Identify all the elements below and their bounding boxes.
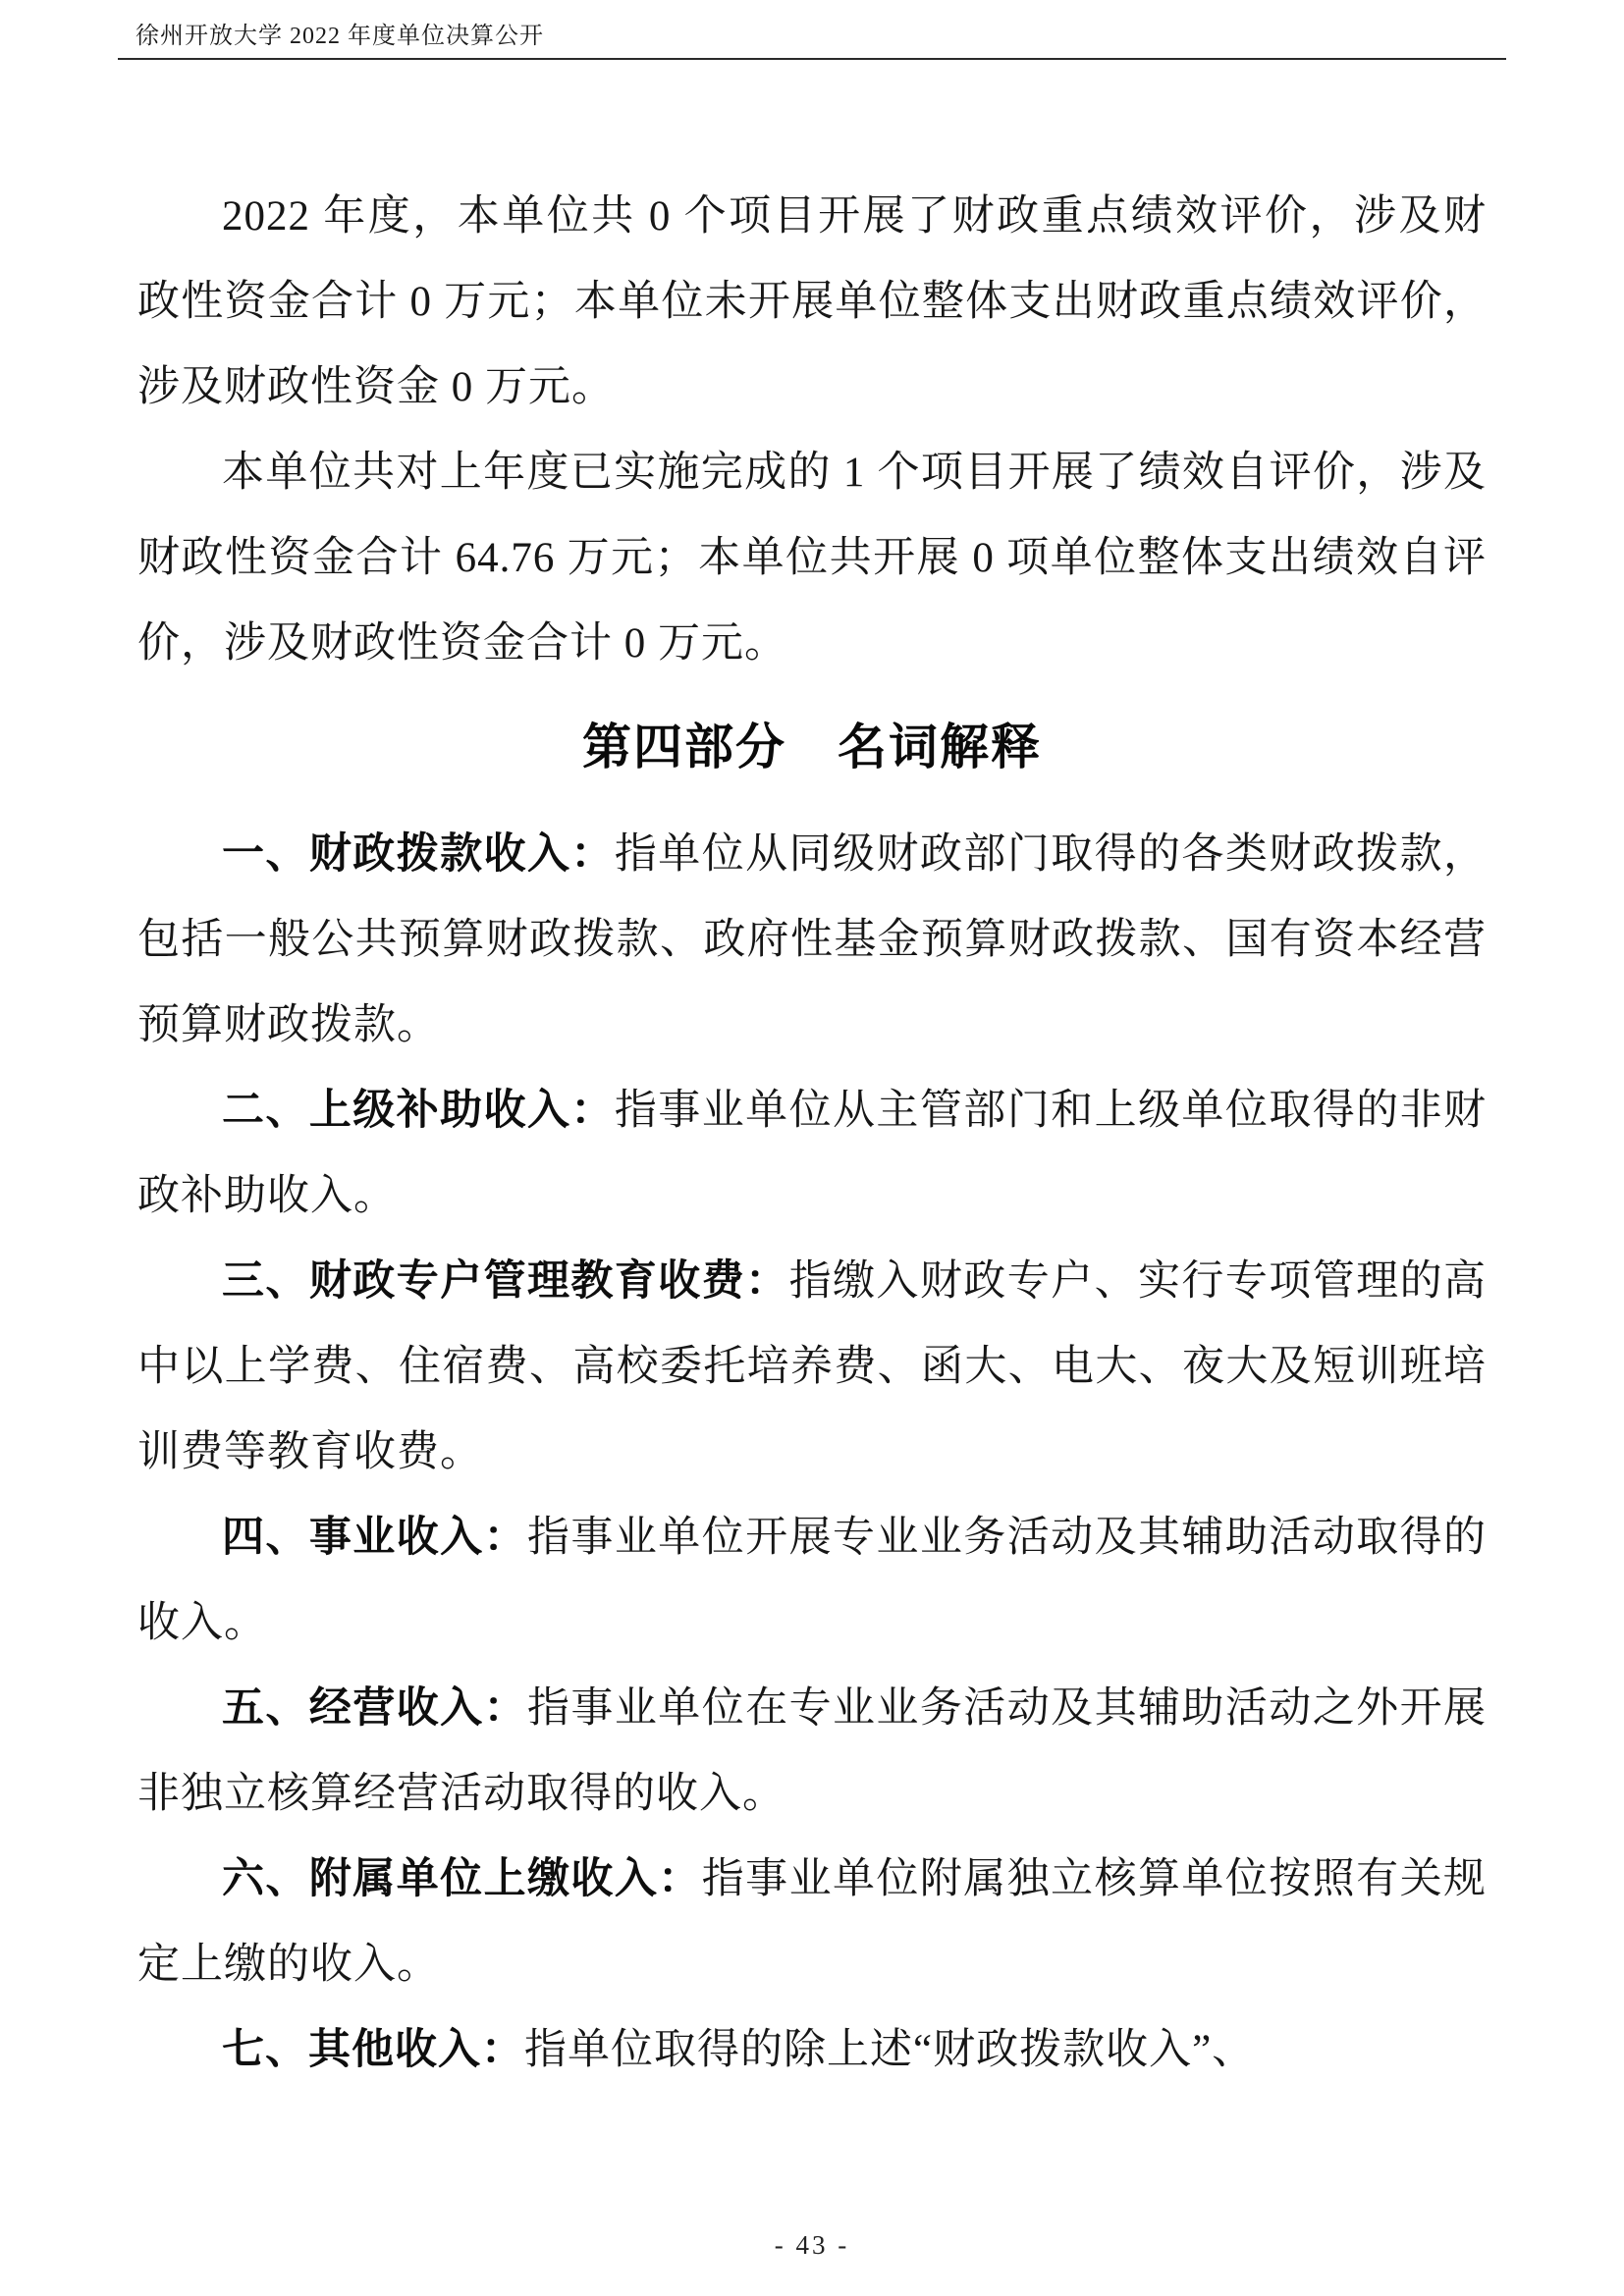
definition-term: 七、其他收入： (222, 2027, 524, 2073)
document-body: 2022 年度，本单位共 0 个项目开展了财政重点绩效评价，涉及财政性资金合计 … (137, 174, 1487, 2093)
header-title: 徐州开放大学 2022 年度单位决算公开 (135, 24, 544, 49)
definition-term: 一、财政拨款收入： (222, 831, 615, 878)
page-number: - 43 - (775, 2230, 849, 2260)
document-page: { "header": { "title": "徐州开放大学 2022 年度单位… (0, 0, 1624, 2296)
paragraph-key-performance-evaluation: 2022 年度，本单位共 0 个项目开展了财政重点绩效评价，涉及财政性资金合计 … (137, 174, 1487, 430)
definition-term: 三、财政专户管理教育收费： (222, 1258, 789, 1305)
definition-item-2: 二、上级补助收入：指事业单位从主管部门和上级单位取得的非财政补助收入。 (137, 1068, 1487, 1239)
definition-item-7: 七、其他收入：指单位取得的除上述“财政拨款收入”、 (137, 2007, 1487, 2093)
definition-item-6: 六、附属单位上缴收入：指事业单位附属独立核算单位按照有关规定上缴的收入。 (137, 1837, 1487, 2007)
definition-term: 五、经营收入： (222, 1685, 527, 1732)
paragraph-self-performance-evaluation: 本单位共对上年度已实施完成的 1 个项目开展了绩效自评价，涉及财政性资金合计 6… (137, 430, 1487, 686)
definition-item-3: 三、财政专户管理教育收费：指缴入财政专户、实行专项管理的高中以上学费、住宿费、高… (137, 1239, 1487, 1495)
section-title: 第四部分 名词解释 (137, 718, 1487, 776)
document-footer: - 43 - (0, 2230, 1624, 2261)
definition-item-1: 一、财政拨款收入：指单位从同级财政部门取得的各类财政拨款，包括一般公共预算财政拨… (137, 812, 1487, 1068)
definition-item-5: 五、经营收入：指事业单位在专业业务活动及其辅助活动之外开展非独立核算经营活动取得… (137, 1666, 1487, 1837)
definition-text: 指单位取得的除上述“财政拨款收入”、 (524, 2027, 1255, 2073)
definition-term: 四、事业收入： (222, 1515, 527, 1561)
definition-item-4: 四、事业收入：指事业单位开展专业业务活动及其辅助活动取得的收入。 (137, 1495, 1487, 1666)
definition-term: 六、附属单位上缴收入： (222, 1856, 702, 1902)
document-header: 徐州开放大学 2022 年度单位决算公开 (118, 0, 1506, 60)
definition-term: 二、上级补助收入： (222, 1088, 615, 1134)
